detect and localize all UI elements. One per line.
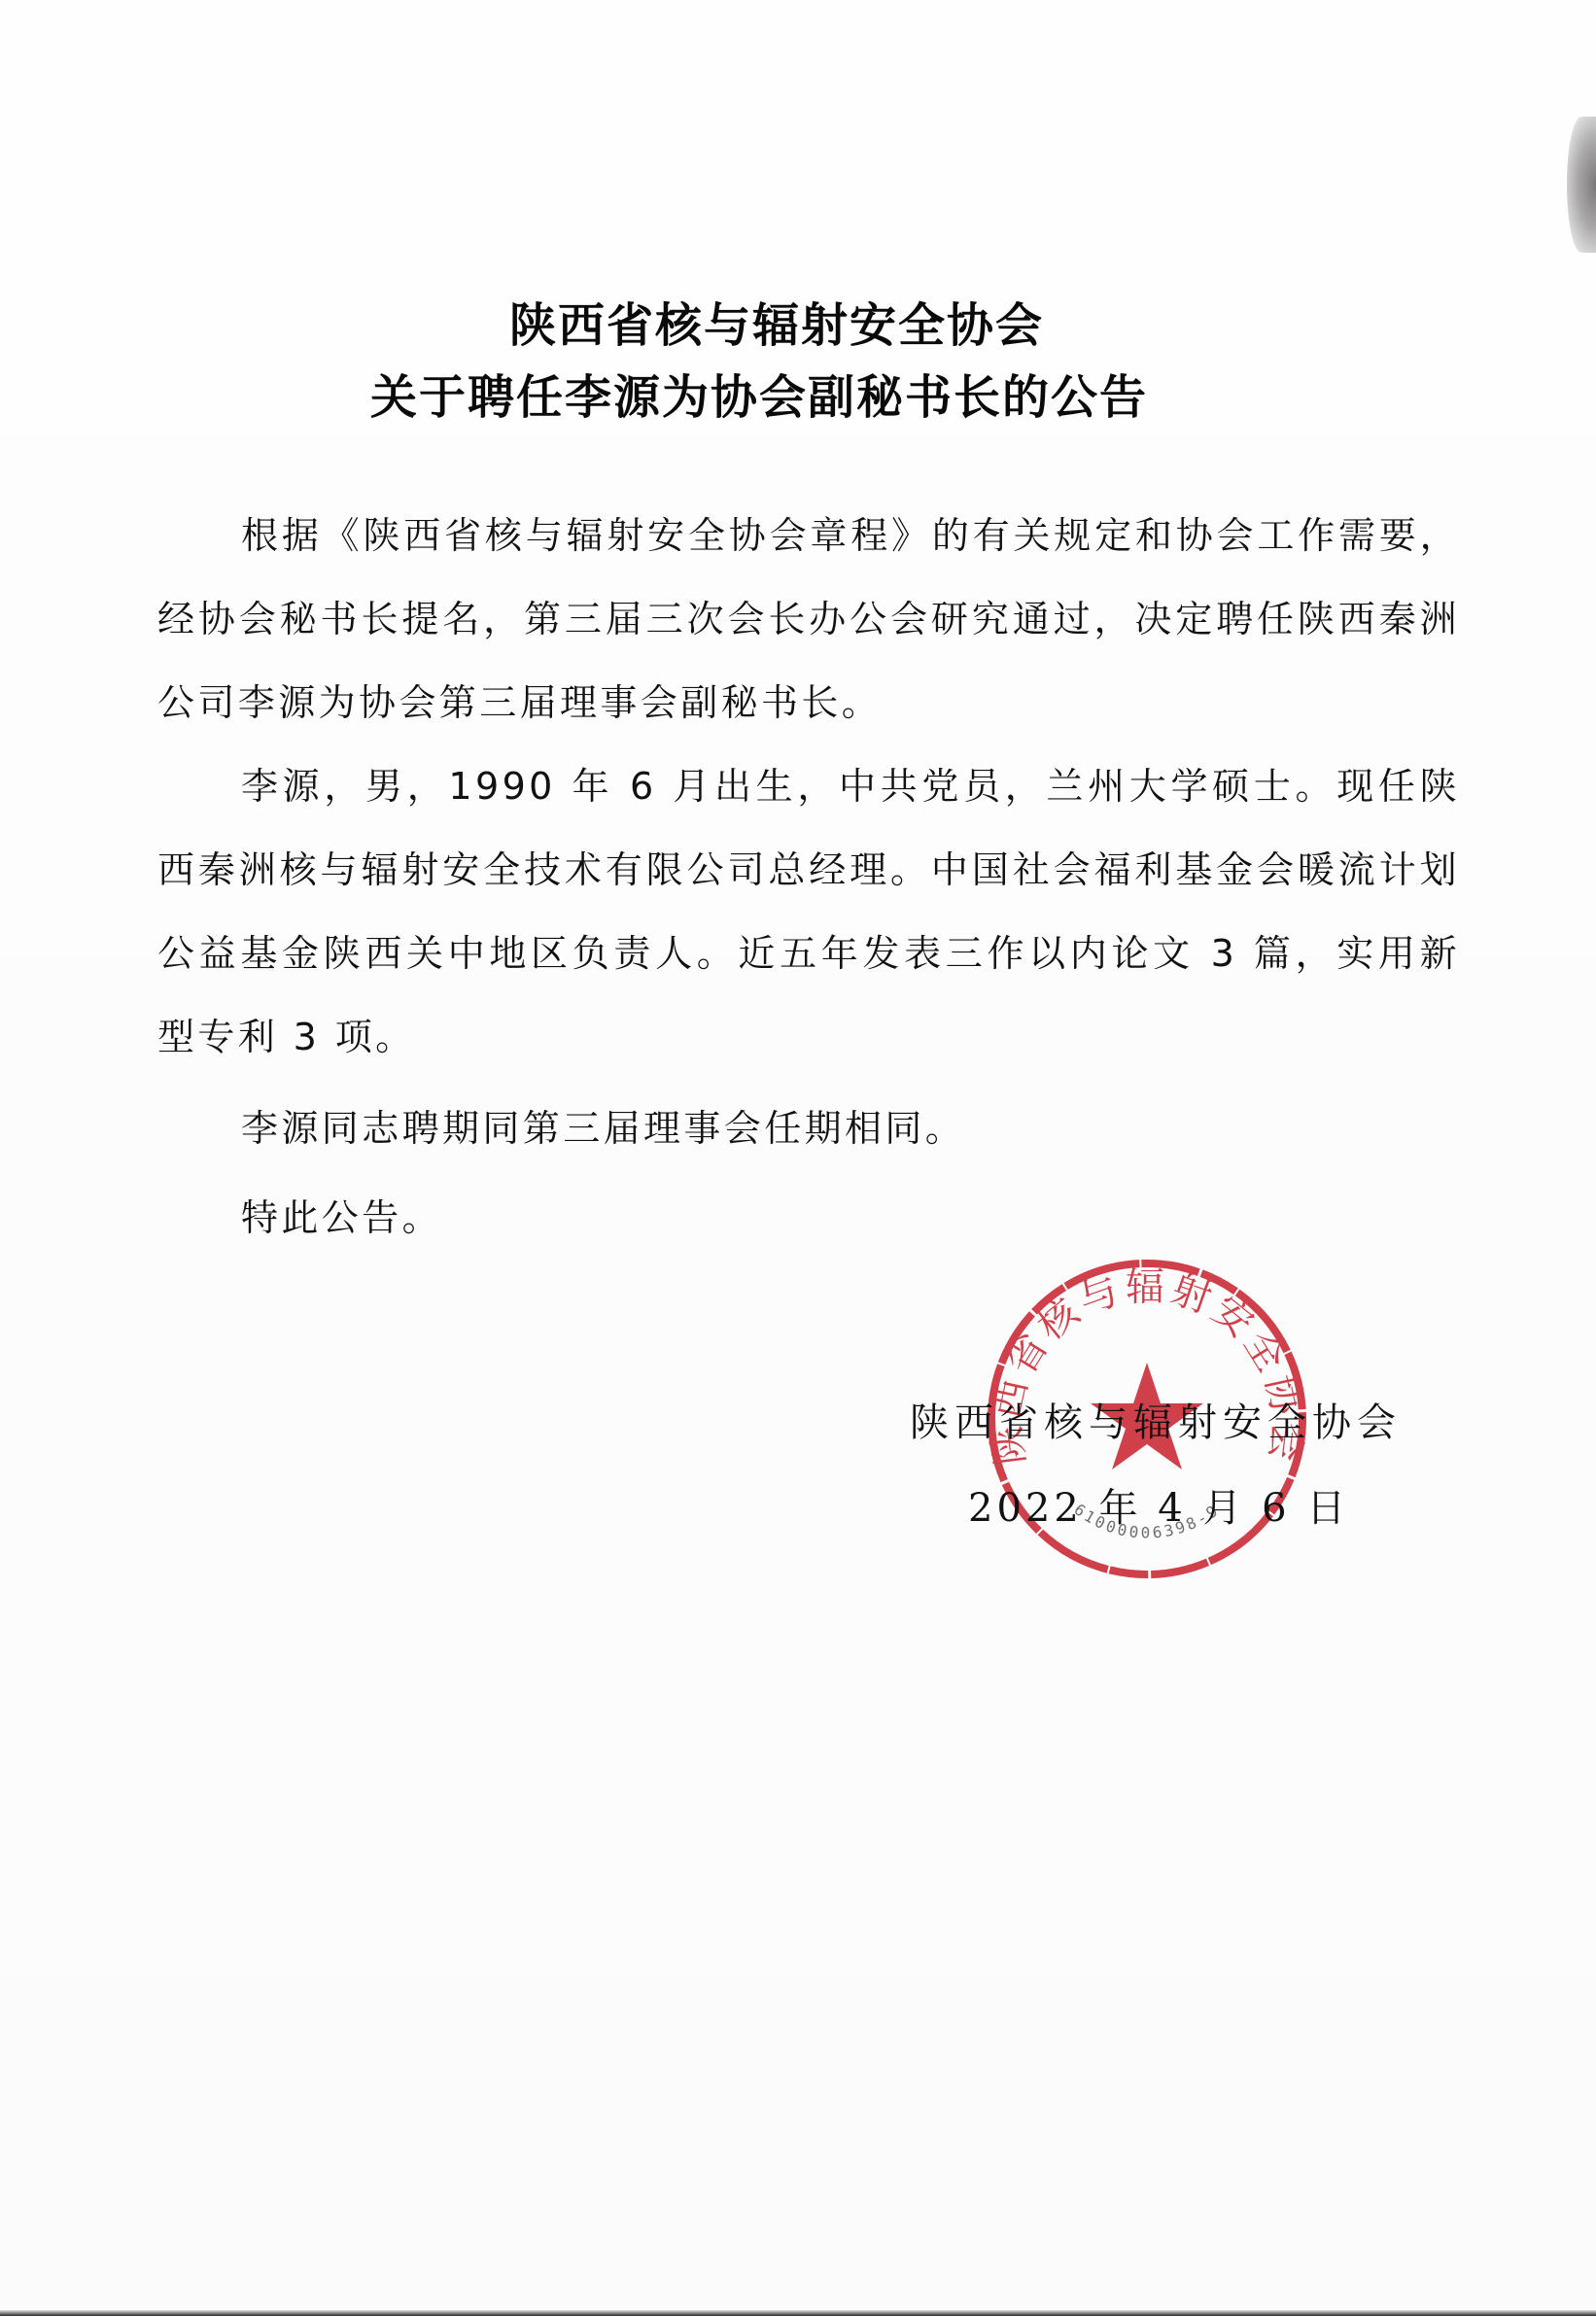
document-page: 陕西省核与辐射安全协会 关于聘任李源为协会副秘书长的公告 根据《陕西省核与辐射安…	[0, 0, 1596, 2316]
issue-date: 2022 年 4 月 6 日	[968, 1477, 1349, 1533]
paragraph-biography: 李源，男，1990 年 6 月出生，中共党员，兰州大学硕士。现任陕西秦洲核与辐射…	[157, 744, 1460, 1079]
page-edge-shadow	[1567, 117, 1596, 253]
paragraph-term: 李源同志聘期同第三届理事会任期相同。	[157, 1087, 1460, 1170]
paragraph-closing: 特此公告。	[157, 1176, 1460, 1260]
page-bottom-edge	[0, 2310, 1596, 2316]
paragraph-text: 李源同志聘期同第三届理事会任期相同。	[157, 1087, 1460, 1170]
document-title-organization: 陕西省核与辐射安全协会	[0, 288, 1575, 355]
document-title-subject: 关于聘任李源为协会副秘书长的公告	[0, 360, 1557, 427]
paragraph-appointment: 根据《陕西省核与辐射安全协会章程》的有关规定和协会工作需要，经协会秘书长提名，第…	[157, 494, 1460, 744]
paragraph-text: 特此公告。	[157, 1176, 1460, 1260]
paragraph-text: 根据《陕西省核与辐射安全协会章程》的有关规定和协会工作需要，经协会秘书长提名，第…	[157, 494, 1460, 744]
paragraph-text: 李源，男，1990 年 6 月出生，中共党员，兰州大学硕士。现任陕西秦洲核与辐射…	[157, 744, 1460, 1079]
issuer-signature: 陕西省核与辐射安全协会	[910, 1392, 1402, 1447]
